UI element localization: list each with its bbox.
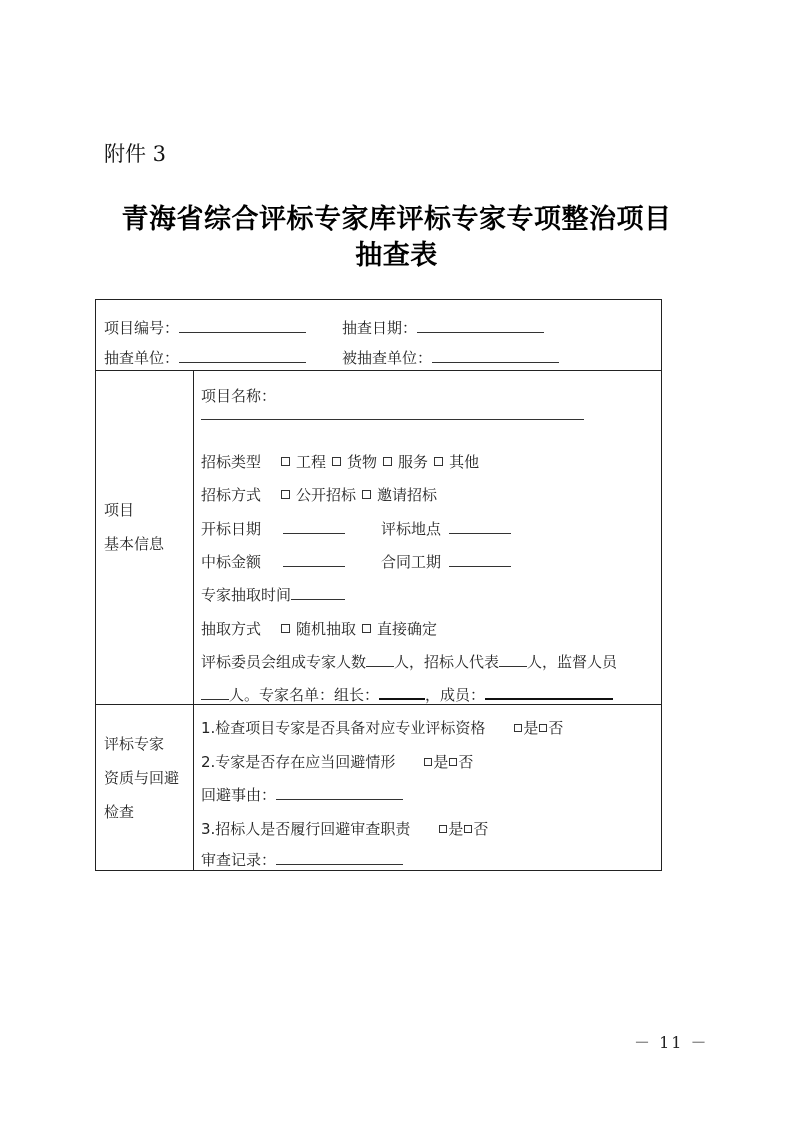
bid-type-row: 招标类型工程货物服务其他 <box>201 451 479 472</box>
bid-type-label: 招标类型 <box>201 453 261 471</box>
q1-no-checkbox[interactable] <box>539 724 547 732</box>
check-label-line1: 评标专家 <box>104 733 164 754</box>
question-1-row: 1.检查项目专家是否具备对应专业评标资格是否 <box>201 717 563 738</box>
bid-type-option: 工程 <box>296 453 326 471</box>
bid-type-checkbox-1[interactable] <box>332 457 341 466</box>
question-2-row: 2.专家是否存在应当回避情形是否 <box>201 751 473 772</box>
row-divider <box>96 370 661 371</box>
review-record-blank[interactable] <box>276 850 403 865</box>
document-title-line1: 青海省综合评标专家库评标专家专项整治项目 <box>0 197 793 236</box>
contract-period-label: 合同工期 <box>381 553 441 571</box>
expert-count-blank[interactable] <box>366 652 394 667</box>
checked-unit-label: 被抽查单位： <box>342 349 432 367</box>
check-label-line2: 资质与回避 <box>104 767 179 788</box>
inspection-table: 项目编号： 抽查日期： 抽查单位： 被抽查单位： 项目 基本信息 项目名称： 招… <box>95 299 662 871</box>
avoid-reason-field[interactable]: 回避事由： <box>201 784 403 805</box>
project-name-label: 项目名称： <box>201 385 276 406</box>
open-date-field[interactable]: 开标日期 <box>201 518 345 539</box>
project-no-field[interactable]: 项目编号： <box>104 317 306 338</box>
bid-type-option: 货物 <box>347 453 377 471</box>
attachment-label: 附件 3 <box>104 138 166 168</box>
review-record-label: 审查记录： <box>201 851 276 869</box>
award-amount-label: 中标金额 <box>201 553 261 571</box>
bid-method-checkbox-0[interactable] <box>281 490 290 499</box>
q1-yes-checkbox[interactable] <box>514 724 522 732</box>
document-title-line2: 抽查表 <box>0 233 793 272</box>
basic-info-label-line2: 基本信息 <box>104 533 164 554</box>
bid-type-option: 其他 <box>449 453 479 471</box>
committee-row-1: 评标委员会组成专家人数人，招标人代表人，监督人员 <box>201 651 617 672</box>
bid-type-checkbox-2[interactable] <box>383 457 392 466</box>
committee-text: ，成员： <box>425 686 485 704</box>
bid-type-option: 服务 <box>398 453 428 471</box>
basic-info-label-line1: 项目 <box>104 499 134 520</box>
draw-method-checkbox-0[interactable] <box>281 624 290 633</box>
check-label-line3: 检查 <box>104 801 134 822</box>
eval-place-field[interactable]: 评标地点 <box>381 518 511 539</box>
no-label: 否 <box>473 820 488 838</box>
no-label: 否 <box>458 753 473 771</box>
draw-method-option: 随机抽取 <box>296 620 356 638</box>
check-unit-blank[interactable] <box>179 348 306 363</box>
project-no-blank[interactable] <box>179 318 306 333</box>
question-2-text: 2.专家是否存在应当回避情形 <box>201 753 395 771</box>
expert-draw-time-blank[interactable] <box>291 585 345 600</box>
bid-method-option: 公开招标 <box>296 486 356 504</box>
bid-type-checkbox-3[interactable] <box>434 457 443 466</box>
page-number: － 11 － <box>634 1030 709 1053</box>
committee-text: 人，监督人员 <box>527 653 617 671</box>
question-1-text: 1.检查项目专家是否具备对应专业评标资格 <box>201 719 485 737</box>
yes-label: 是 <box>448 820 463 838</box>
committee-text: 人。专家名单：组长： <box>229 686 379 704</box>
draw-method-label: 抽取方式 <box>201 620 261 638</box>
bid-method-option: 邀请招标 <box>377 486 437 504</box>
tenderer-rep-count-blank[interactable] <box>499 652 527 667</box>
project-no-label: 项目编号： <box>104 319 179 337</box>
eval-place-blank[interactable] <box>449 519 511 534</box>
checked-unit-blank[interactable] <box>432 348 559 363</box>
members-blank[interactable] <box>485 684 613 700</box>
draw-method-checkbox-1[interactable] <box>362 624 371 633</box>
q2-no-checkbox[interactable] <box>449 758 457 766</box>
bid-method-label: 招标方式 <box>201 486 261 504</box>
contract-period-blank[interactable] <box>449 552 511 567</box>
question-3-text: 3.招标人是否履行回避审查职责 <box>201 820 410 838</box>
contract-period-field[interactable]: 合同工期 <box>381 551 511 572</box>
bid-type-checkbox-0[interactable] <box>281 457 290 466</box>
yes-label: 是 <box>523 719 538 737</box>
expert-draw-time-label: 专家抽取时间 <box>201 586 291 604</box>
check-unit-label: 抽查单位： <box>104 349 179 367</box>
q3-yes-checkbox[interactable] <box>439 825 447 833</box>
supervisor-count-blank[interactable] <box>201 685 229 700</box>
q2-yes-checkbox[interactable] <box>424 758 432 766</box>
bid-method-row: 招标方式公开招标邀请招标 <box>201 484 437 505</box>
avoid-reason-blank[interactable] <box>276 785 403 800</box>
committee-row-2: 人。专家名单：组长：，成员： <box>201 684 613 705</box>
eval-place-label: 评标地点 <box>381 520 441 538</box>
expert-draw-time-field[interactable]: 专家抽取时间 <box>201 584 345 605</box>
avoid-reason-label: 回避事由： <box>201 786 276 804</box>
committee-text: 评标委员会组成专家人数 <box>201 653 366 671</box>
open-date-blank[interactable] <box>283 519 345 534</box>
award-amount-blank[interactable] <box>283 552 345 567</box>
check-date-field[interactable]: 抽查日期： <box>342 317 544 338</box>
check-unit-field[interactable]: 抽查单位： <box>104 347 306 368</box>
no-label: 否 <box>548 719 563 737</box>
open-date-label: 开标日期 <box>201 520 261 538</box>
q3-no-checkbox[interactable] <box>464 825 472 833</box>
draw-method-row: 抽取方式随机抽取直接确定 <box>201 618 437 639</box>
bid-method-checkbox-1[interactable] <box>362 490 371 499</box>
yes-label: 是 <box>433 753 448 771</box>
check-date-label: 抽查日期： <box>342 319 417 337</box>
project-name-blank[interactable] <box>201 419 584 420</box>
question-3-row: 3.招标人是否履行回避审查职责是否 <box>201 818 488 839</box>
check-date-blank[interactable] <box>417 318 544 333</box>
award-amount-field[interactable]: 中标金额 <box>201 551 345 572</box>
committee-text: 人，招标人代表 <box>394 653 499 671</box>
draw-method-option: 直接确定 <box>377 620 437 638</box>
review-record-field[interactable]: 审查记录： <box>201 849 403 870</box>
team-leader-blank[interactable] <box>379 684 425 700</box>
column-divider <box>193 370 194 870</box>
checked-unit-field[interactable]: 被抽查单位： <box>342 347 559 368</box>
